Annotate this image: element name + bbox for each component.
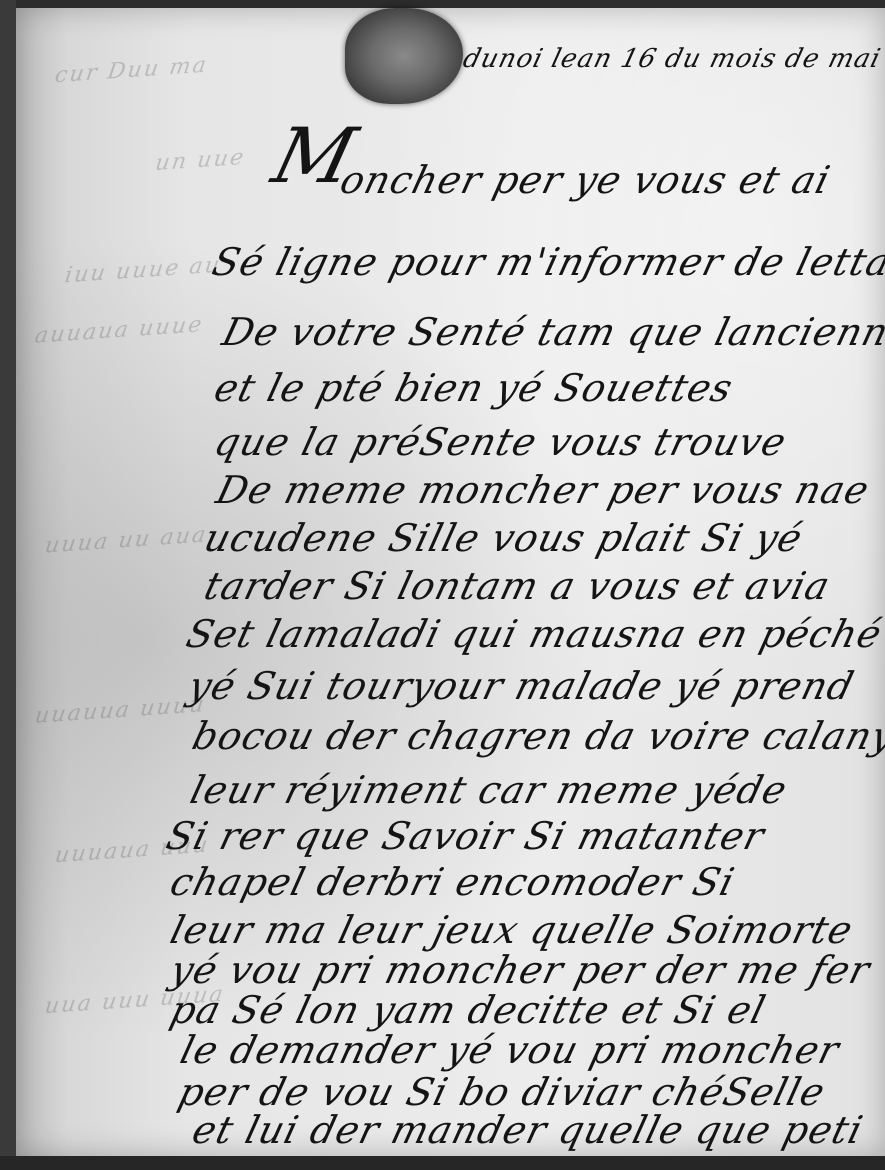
letter-line: tarder Si lontam a vous et avia xyxy=(200,564,835,608)
letter-line: De meme moncher per vous nae xyxy=(212,468,874,512)
bleed-through-text: cur Duu ma xyxy=(53,53,209,88)
letter-date-header: dunoi lean 16 du mois de mai xyxy=(460,44,884,74)
letter-line: oncher per ye vous et ai xyxy=(336,158,835,202)
letter-line: leur ma leur jeux quelle Soimorte xyxy=(166,908,858,952)
bleed-through-text: iuu uuue au xyxy=(63,253,223,289)
letter-line: bocou der chagren da voire calanyé xyxy=(188,714,885,758)
scan-border-left xyxy=(0,0,16,1170)
letter-line: que la préSente vous trouve xyxy=(210,420,791,464)
letter-line: yé Sui touryour malade yé prend xyxy=(184,664,859,708)
letter-line: leur réyiment car meme yéde xyxy=(186,768,792,812)
scan-frame: cur Duu ma un uue iuu uuue au auuaua uuu… xyxy=(0,0,885,1170)
bleed-through-text: uuua uu aua xyxy=(43,522,209,558)
letter-line-text: oncher per ye vous et ai xyxy=(336,158,835,202)
letter-line: chapel derbri encomoder Si xyxy=(166,860,739,904)
bleed-through-text: un uue xyxy=(154,145,247,176)
letter-line: yé vou pri moncher per der me fer xyxy=(166,948,875,992)
scan-border-bottom xyxy=(0,1156,885,1170)
letter-line: Sé ligne pour m'informer de letta xyxy=(208,240,885,284)
scan-border-top xyxy=(0,0,885,8)
bleed-through-text: auuaua uuue xyxy=(33,312,205,349)
bleed-through-text: uuauua uuuu xyxy=(33,692,207,729)
letter-page: cur Duu ma un uue iuu uuue au auuaua uuu… xyxy=(16,8,885,1156)
letter-line: ucudene Sille vous plait Si yé xyxy=(200,516,807,560)
letter-line: et le pté bien yé Souettes xyxy=(210,366,738,410)
letter-line: et lui der mander quelle que peti xyxy=(188,1108,868,1152)
letter-line: pa Sé lon yam decitte et Si el xyxy=(166,988,771,1032)
letter-line: Set lamaladi qui mausna en péché xyxy=(182,612,885,656)
wax-seal-stain xyxy=(345,8,463,104)
letter-line: Si rer que Savoir Si matanter xyxy=(162,814,769,858)
letter-line: De votre Senté tam que lancienne xyxy=(218,310,885,354)
letter-line: le demander yé vou pri moncher xyxy=(176,1028,844,1072)
